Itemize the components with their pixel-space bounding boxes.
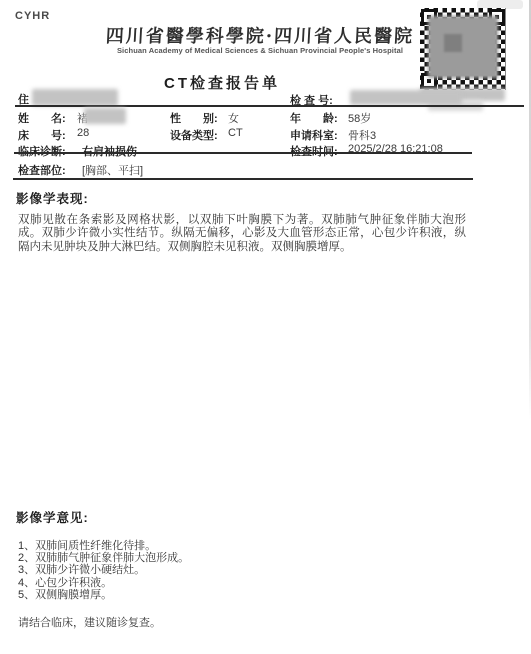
impression-heading: 影像学意见: [16, 508, 89, 526]
redacted-name [84, 108, 126, 124]
diagnosis-label: 临床诊断: [18, 143, 66, 159]
age-value: 58岁 [348, 110, 371, 126]
advice-note: 请结合临床，建议随诊复查。 [18, 614, 161, 630]
exam-time-label: 检查时间: [290, 143, 338, 159]
redacted-exam-no [350, 90, 462, 105]
impression-item: 2、双肺肺气肿征象伴肺大泡形成。 [18, 552, 189, 564]
hospital-name-en: Sichuan Academy of Medical Sciences & Si… [80, 46, 440, 55]
impression-item: 5、双侧胸膜增厚。 [18, 589, 112, 601]
corner-code: CYHR [15, 10, 50, 22]
qr-redaction-blur [428, 16, 498, 78]
age-label: 年 龄: [290, 110, 338, 126]
bed-value: 28 [77, 127, 89, 139]
dept-value: 骨科3 [348, 127, 376, 143]
findings-heading: 影像学表现: [16, 189, 89, 207]
divider [13, 178, 473, 180]
divider [14, 152, 472, 154]
exam-part-label: 检查部位: [18, 162, 66, 178]
gender-label: 性 别: [170, 110, 218, 126]
ct-report-page: CYHR 四川省醫學科學院·四川省人民醫院 Sichuan Academy of… [0, 0, 531, 654]
exam-part-value: [胸部、平扫] [82, 162, 143, 178]
name-label: 姓 名: [18, 110, 66, 126]
impression-item: 4、心包少许积液。 [18, 577, 112, 589]
impression-item: 1、双肺间质性纤维化待排。 [18, 540, 156, 552]
hospital-name-cn: 四川省醫學科學院·四川省人民醫院 [79, 22, 440, 48]
findings-body: 双肺见散在条索影及网格状影，以双肺下叶胸膜下为著。双肺肺气肿征象伴肺大泡形成。双… [18, 214, 466, 254]
qr-redaction-blur [444, 34, 462, 52]
device-type-value: CT [228, 127, 243, 139]
qr-code-icon [420, 8, 506, 90]
redacted-admission-no [32, 89, 118, 106]
bed-label: 床 号: [18, 127, 66, 143]
device-type-label: 设备类型: [170, 127, 218, 143]
divider [15, 105, 524, 107]
diagnosis-value: 右肩袖损伤 [82, 143, 137, 159]
impression-item: 3、双肺少许微小硬结灶。 [18, 564, 145, 576]
gender-value: 女 [228, 110, 239, 126]
dept-label: 申请科室: [290, 127, 338, 143]
